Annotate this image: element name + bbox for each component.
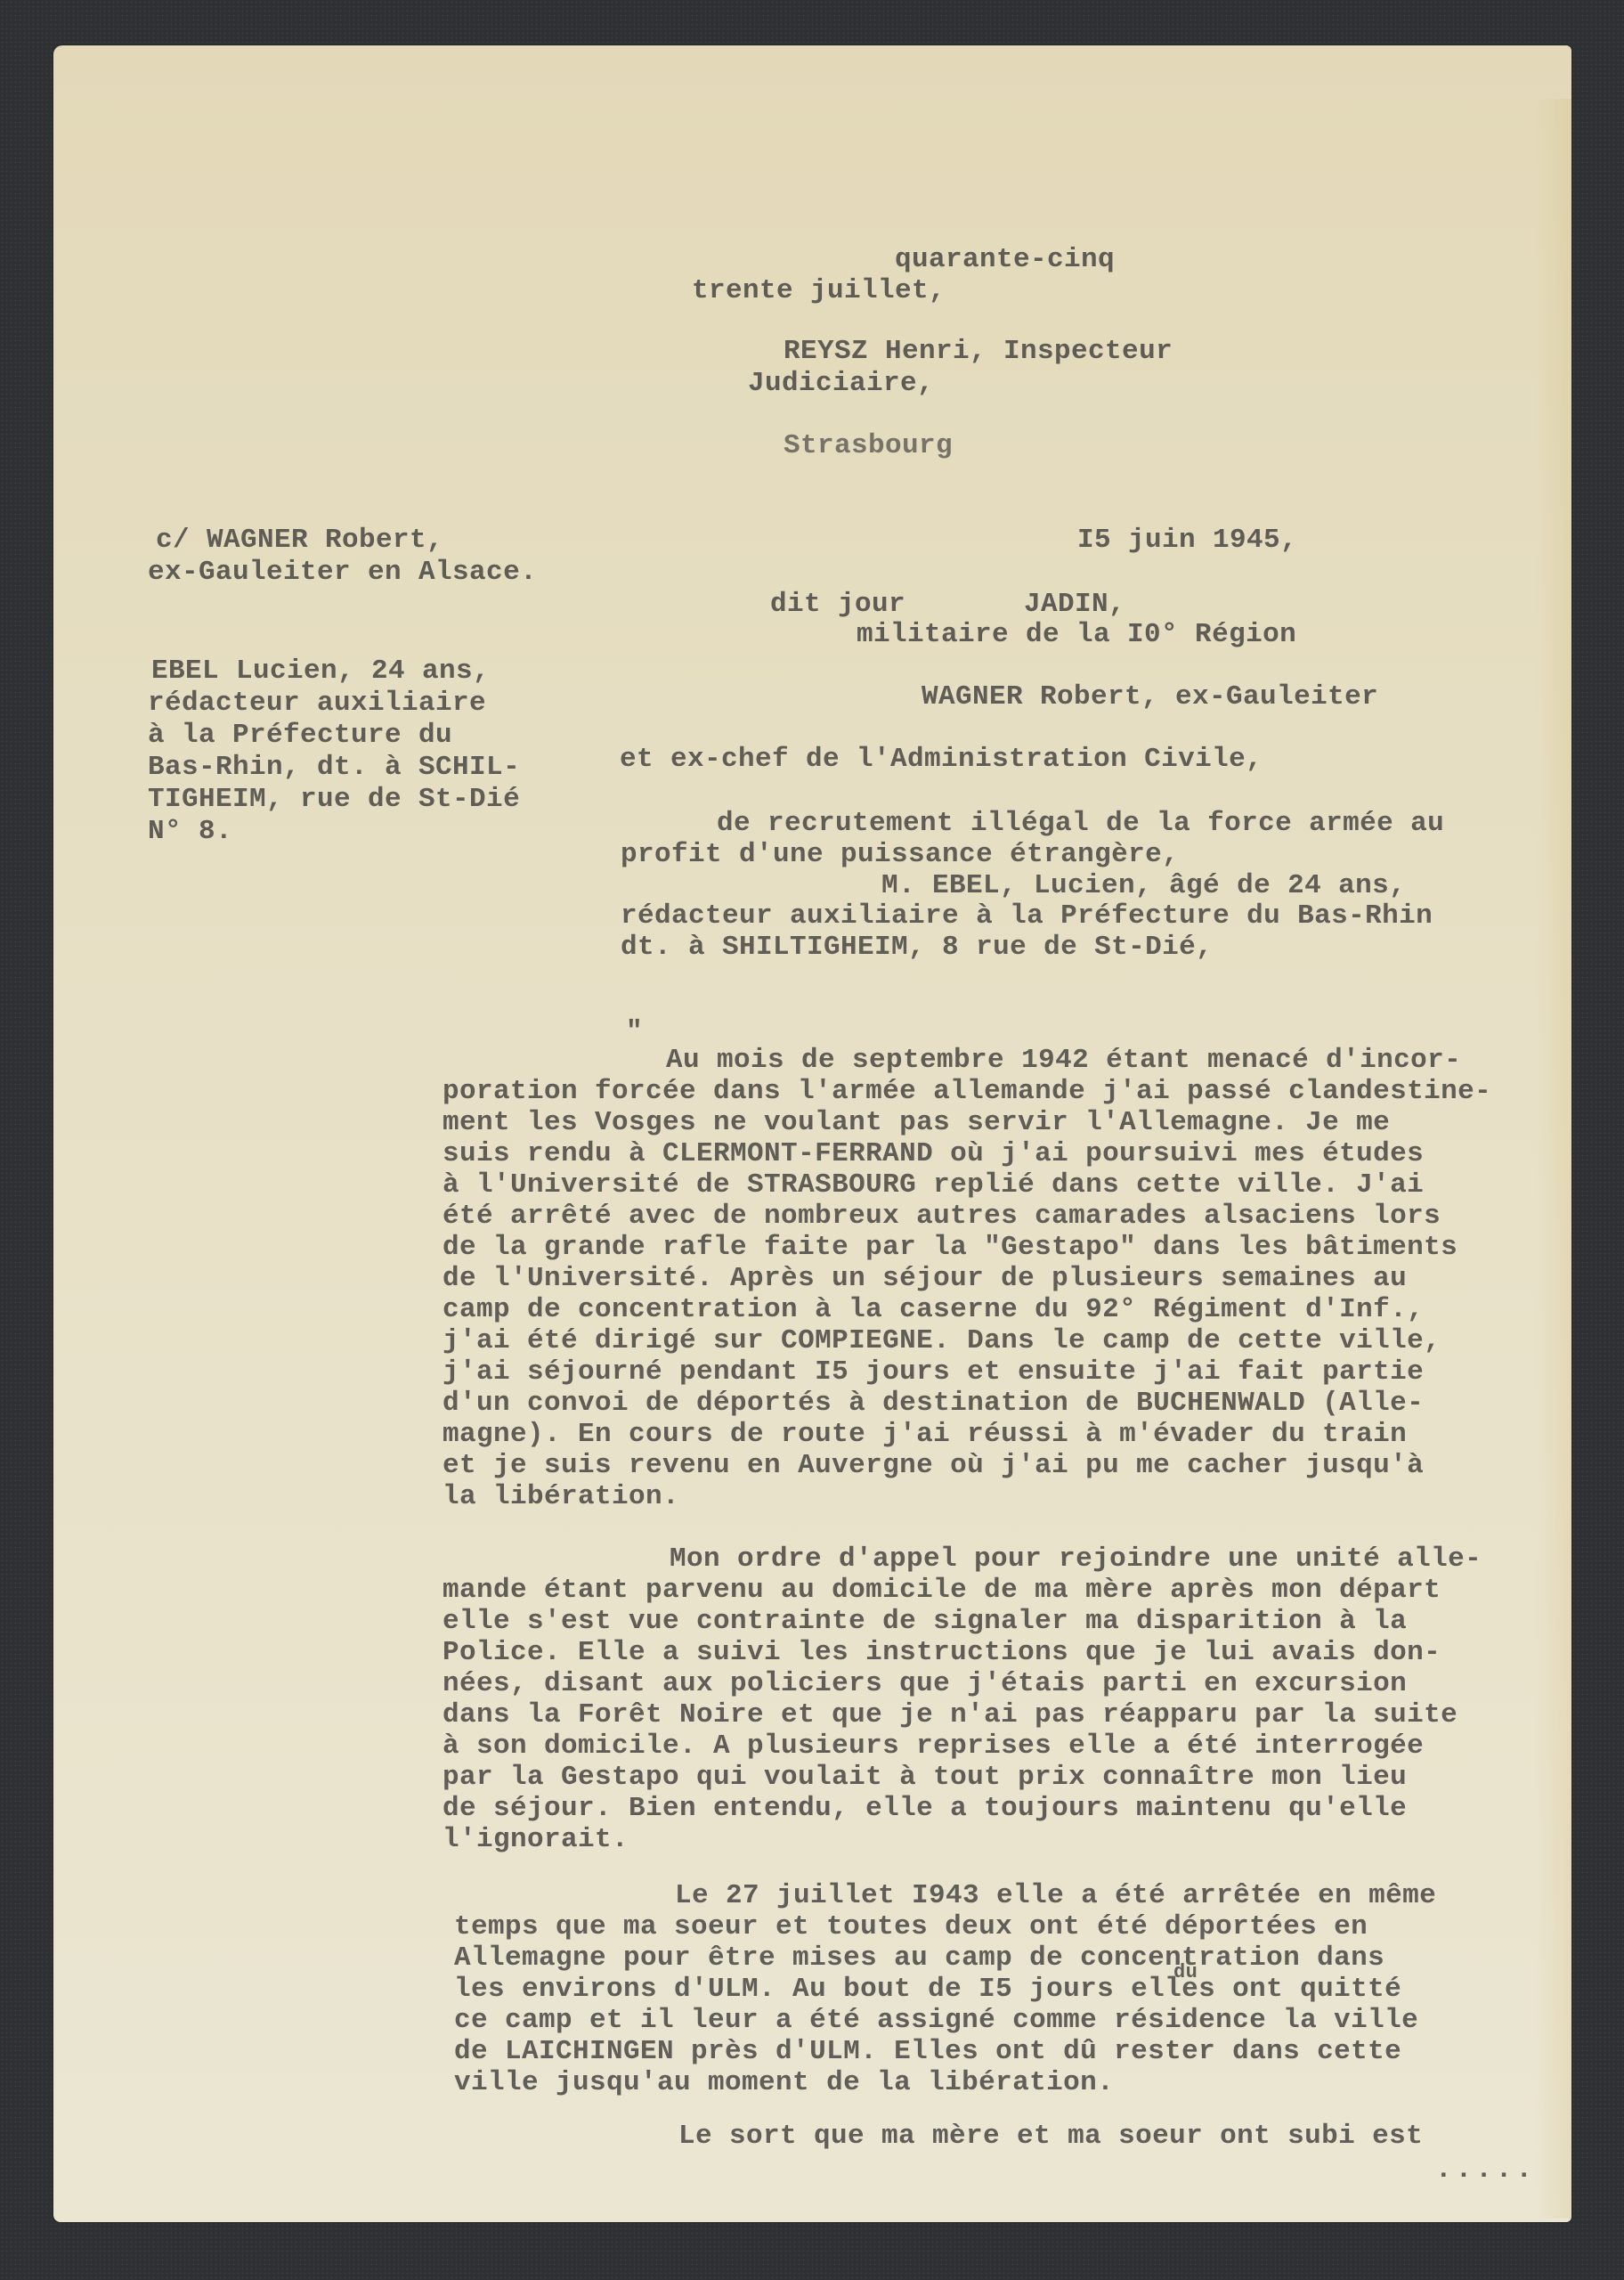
statement-line: ville jusqu'au moment de la libération. — [454, 2066, 1114, 2100]
quote-mark: " — [626, 1015, 643, 1049]
witness-line: à la Préfecture du — [148, 719, 452, 753]
header-judiciaire: Judiciaire, — [748, 367, 934, 401]
case-defendant-title: ex-Gauleiter en Alsace. — [148, 556, 537, 590]
intro-recrutement: profit d'une puissance étrangère, — [621, 838, 1179, 872]
statement-line: Allemagne pour être mises au camp de con… — [454, 1942, 1384, 1975]
statement-line: Police. Elle a suivi les instructions qu… — [443, 1636, 1441, 1670]
statement-line: été arrêté avec de nombreux autres camar… — [443, 1200, 1441, 1234]
intro-militaire: militaire de la I0° Région — [857, 618, 1296, 652]
witness-line: rédacteur auxiliaire — [148, 687, 486, 721]
statement-line: à l'Université de STRASBOURG replié dans… — [443, 1168, 1424, 1202]
header-inspector: REYSZ Henri, Inspecteur — [784, 335, 1173, 369]
witness-line: EBEL Lucien, 24 ans, — [151, 655, 490, 688]
case-defendant: c/ WAGNER Robert, — [156, 524, 443, 558]
statement-line: Le sort que ma mère et ma soeur ont subi… — [678, 2120, 1423, 2154]
header-city: Strasbourg — [784, 429, 953, 463]
intro-exchef: et ex-chef de l'Administration Civile, — [620, 743, 1263, 777]
statement-line: poration forcée dans l'armée allemande j… — [443, 1075, 1491, 1109]
intro-dit-jour: dit jour JADIN, — [770, 588, 1125, 622]
statement-line: mande étant parvenu au domicile de ma mè… — [443, 1574, 1441, 1608]
intro-ebel: dt. à SHILTIGHEIM, 8 rue de St-Dié, — [621, 931, 1213, 965]
witness-line: TIGHEIM, rue de St-Dié — [148, 783, 520, 817]
statement-line: ment les Vosges ne voulant pas servir l'… — [443, 1106, 1390, 1140]
statement-line: magne). En cours de route j'ai réussi à … — [443, 1418, 1407, 1452]
statement-line: dans la Forêt Noire et que je n'ai pas r… — [443, 1698, 1458, 1732]
witness-line: N° 8. — [148, 815, 232, 849]
statement-line: l'ignorait. — [443, 1823, 629, 1857]
statement-line: suis rendu à CLERMONT-FERRAND où j'ai po… — [443, 1137, 1424, 1171]
statement-line: de LAICHINGEN près d'ULM. Elles ont dû r… — [454, 2035, 1401, 2069]
statement-line: de la grande rafle faite par la "Gestapo… — [443, 1231, 1458, 1265]
statement-line: ce camp et il leur a été assigné comme r… — [454, 2004, 1418, 2038]
witness-line: Bas-Rhin, dt. à SCHIL- — [148, 751, 520, 785]
statement-line: camp de concentration à la caserne du 92… — [443, 1293, 1424, 1327]
statement-line: et je suis revenu en Auvergne où j'ai pu… — [443, 1449, 1424, 1483]
statement-line: j'ai été dirigé sur COMPIEGNE. Dans le c… — [443, 1324, 1441, 1358]
statement-line: d'un convoi de déportés à destination de… — [443, 1387, 1424, 1421]
statement-line: j'ai séjourné pendant I5 jours et ensuit… — [443, 1356, 1424, 1389]
intro-ebel: M. EBEL, Lucien, âgé de 24 ans, — [881, 869, 1406, 903]
statement-line: par la Gestapo qui voulait à tout prix c… — [443, 1761, 1407, 1795]
header-year: quarante-cinq — [895, 243, 1115, 277]
continuation-marks: ..... — [1435, 2154, 1536, 2187]
statement-line: les environs d'ULM. Au bout de I5 jours … — [454, 1973, 1401, 2007]
intro-wagner: WAGNER Robert, ex-Gauleiter — [922, 680, 1378, 714]
statement-line: Mon ordre d'appel pour rejoindre une uni… — [670, 1543, 1482, 1576]
statement-line: temps que ma soeur et toutes deux ont ét… — [454, 1910, 1368, 1944]
statement-line: Le 27 juillet I943 elle a été arrêtée en… — [675, 1879, 1436, 1913]
statement-line: elle s'est vue contrainte de signaler ma… — [443, 1605, 1407, 1639]
intro-recrutement: de recrutement illégal de la force armée… — [717, 807, 1444, 841]
statement-line: de l'Université. Après un séjour de plus… — [443, 1262, 1407, 1296]
statement-line: de séjour. Bien entendu, elle a toujours… — [443, 1792, 1407, 1826]
hearing-date: I5 juin 1945, — [1077, 524, 1297, 558]
statement-line: la libération. — [443, 1480, 679, 1514]
statement-line: nées, disant aux policiers que j'étais p… — [443, 1667, 1407, 1701]
statement-line: Au mois de septembre 1942 étant menacé d… — [666, 1044, 1461, 1078]
header-date: trente juillet, — [692, 274, 946, 308]
statement-line: à son domicile. A plusieurs reprises ell… — [443, 1730, 1424, 1763]
intro-ebel: rédacteur auxiliaire à la Préfecture du … — [621, 900, 1433, 933]
